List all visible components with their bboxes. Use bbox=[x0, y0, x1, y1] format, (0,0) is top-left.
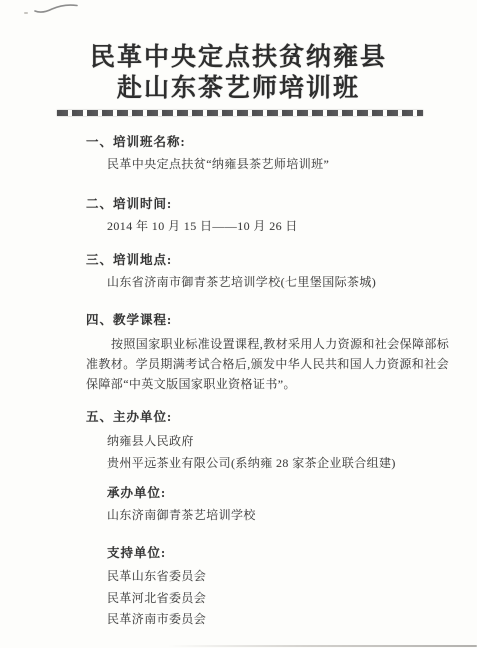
title-line-2: 赴山东茶艺师培训班 bbox=[0, 73, 477, 104]
section-class-name: 一、培训班名称: 民革中央定点扶贫“纳雍县茶艺师培训班” bbox=[86, 134, 456, 172]
organizer-item: 纳雍县人民政府 bbox=[107, 430, 456, 452]
title-dashed-divider bbox=[57, 110, 423, 116]
section-training-time: 二、培训时间: 2014 年 10 月 15 日——10 月 26 日 bbox=[86, 196, 456, 234]
curriculum-paragraph-line: 保障部“中英文版国家职业资格证书”。 bbox=[86, 374, 456, 394]
supporter-item: 民革山东省委员会 bbox=[107, 566, 456, 588]
document-title: 民革中央定点扶贫纳雍县 赴山东茶艺师培训班 bbox=[0, 42, 477, 104]
section-class-name-heading: 一、培训班名称: bbox=[86, 134, 456, 150]
scanned-document-page: 民革中央定点扶贫纳雍县 赴山东茶艺师培训班 一、培训班名称: 民革中央定点扶贫“… bbox=[0, 0, 477, 648]
section-undertaker-heading: 承办单位: bbox=[107, 485, 456, 501]
section-supporters-heading: 支持单位: bbox=[107, 545, 456, 561]
supporter-item: 民革济南市委员会 bbox=[107, 609, 456, 631]
section-supporters: 支持单位: 民革山东省委员会 民革河北省委员会 民革济南市委员会 bbox=[86, 545, 456, 631]
undertaker-item: 山东济南御青茶艺培训学校 bbox=[107, 507, 456, 523]
section-training-time-heading: 二、培训时间: bbox=[86, 196, 456, 212]
organizer-item: 贵州平远茶业有限公司(系纳雍 28 家茶企业联合组建) bbox=[107, 452, 456, 474]
section-organizers: 五、主办单位: 纳雍县人民政府 贵州平远茶业有限公司(系纳雍 28 家茶企业联合… bbox=[86, 409, 456, 474]
curriculum-paragraph-line: 准教材。学员期满考试合格后,颁发中华人民共和国人力资源和社会 bbox=[86, 354, 456, 374]
section-curriculum-heading: 四、教学课程: bbox=[86, 312, 456, 328]
section-training-time-value: 2014 年 10 月 15 日——10 月 26 日 bbox=[107, 218, 456, 234]
section-undertaker: 承办单位: 山东济南御青茶艺培训学校 bbox=[86, 485, 456, 523]
supporter-item: 民革河北省委员会 bbox=[107, 588, 456, 610]
scan-edge-line bbox=[168, 645, 477, 647]
curriculum-paragraph-line: 按照国家职业标准设置课程,教材采用人力资源和社会保障部标 bbox=[86, 334, 456, 354]
section-organizers-heading: 五、主办单位: bbox=[86, 409, 456, 425]
scan-mark-icon bbox=[33, 1, 79, 13]
section-training-location-heading: 三、培训地点: bbox=[86, 252, 456, 268]
section-training-location-value: 山东省济南市御青茶艺培训学校(七里堡国际茶城) bbox=[107, 274, 456, 290]
section-training-location: 三、培训地点: 山东省济南市御青茶艺培训学校(七里堡国际茶城) bbox=[86, 252, 456, 290]
title-line-1: 民革中央定点扶贫纳雍县 bbox=[0, 42, 477, 73]
section-curriculum: 四、教学课程: 按照国家职业标准设置课程,教材采用人力资源和社会保障部标 准教材… bbox=[86, 312, 456, 394]
section-class-name-value: 民革中央定点扶贫“纳雍县茶艺师培训班” bbox=[107, 156, 456, 172]
scan-speck bbox=[24, 12, 28, 14]
